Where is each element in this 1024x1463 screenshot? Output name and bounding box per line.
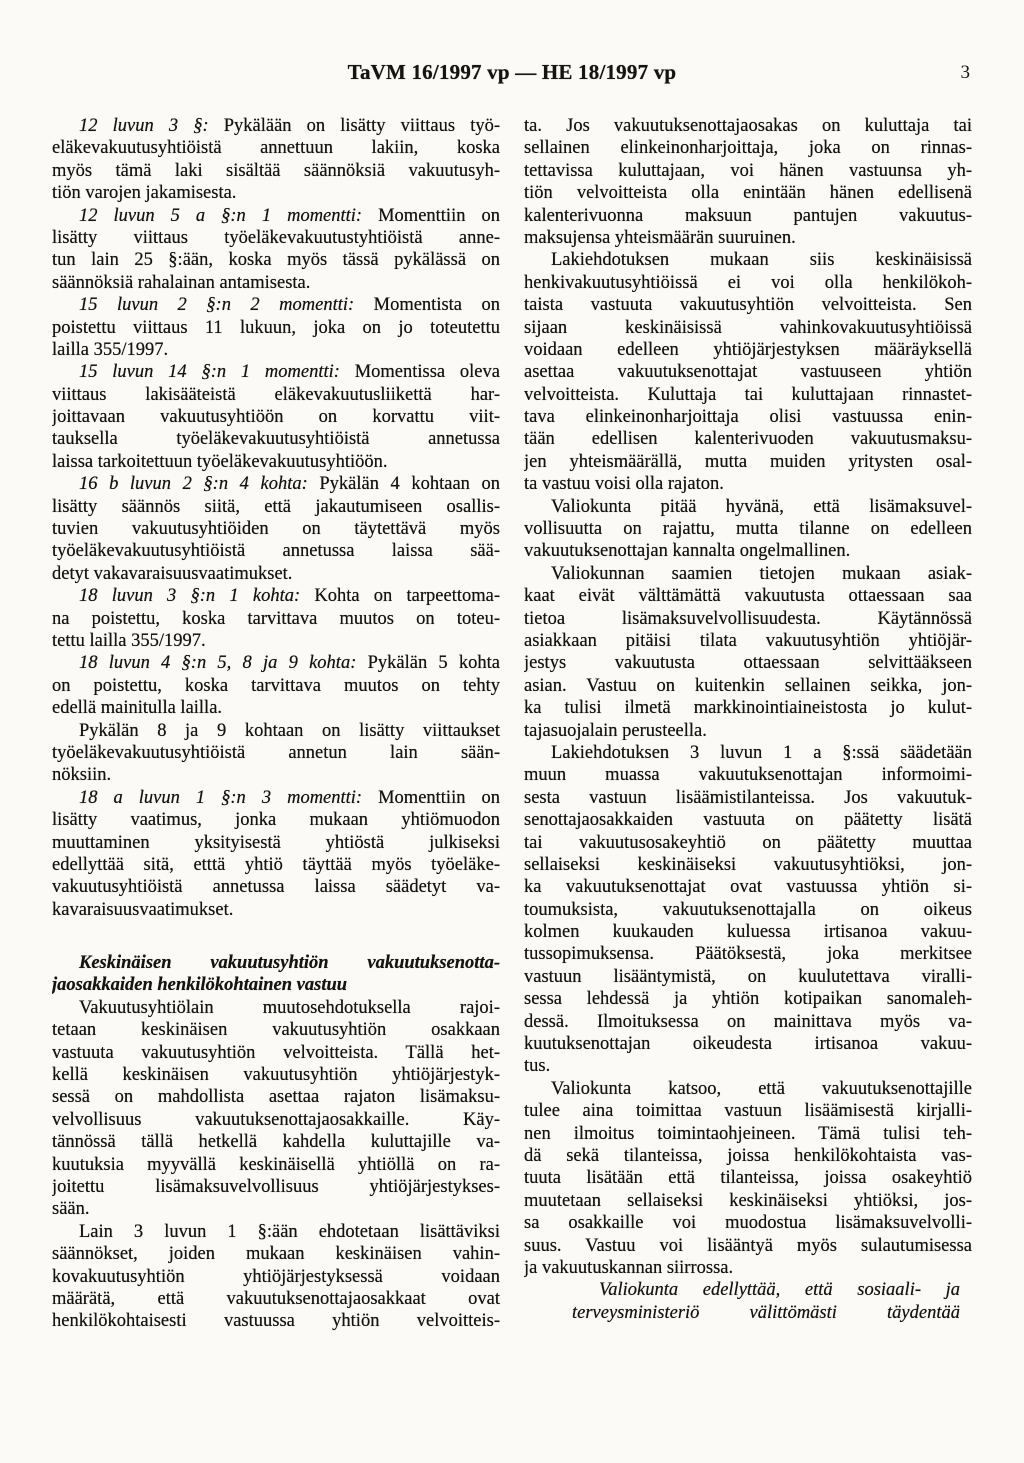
- text-line: henkivakuutusyhtiöissä ei voi olla henki…: [524, 272, 972, 294]
- text-segment: kalenterivuonna maksuun pantujen vakuutu…: [524, 206, 972, 226]
- text-segment: ja vakuutuskannan siirrossa.: [524, 1258, 733, 1278]
- text-line: asian. Vastuu on kuitenkin sellainen sei…: [524, 675, 972, 697]
- text-segment: asettaa vakuutuksenottajat vastuuseen yh…: [524, 362, 972, 382]
- text-line: dä sekä tilanteissa, joissa henkilökohta…: [524, 1145, 972, 1167]
- statute-reference: 12 luvun 5 a §:n 1 momentti:: [79, 206, 362, 226]
- text-line: tussopimuksensa. Päätöksestä, joka merki…: [524, 943, 972, 965]
- text-line: tetaan keskinäisen vakuutusyhtiön osakka…: [52, 1019, 500, 1041]
- text-segment: ka vakuutuksenottajat ovat vastuussa yht…: [524, 877, 972, 897]
- text-line: määrätä, että vakuutuksenottajaosakkaat …: [52, 1288, 500, 1310]
- text-segment: tiön velvoitteista olla enintään hänen e…: [524, 183, 972, 203]
- text-segment: vastuun lisääntymistä, on kuulutettava v…: [524, 967, 972, 987]
- statute-reference: 15 luvun 2 §:n 2 momentti:: [79, 295, 354, 315]
- text-segment: tussopimuksensa. Päätöksestä, joka merki…: [524, 944, 972, 964]
- text-segment: eläkevakuutusyhtiöistä annettuun lakiin,…: [52, 138, 500, 158]
- text-segment: Momentissa oleva: [340, 362, 500, 382]
- text-line: lisätty viittaus työeläkevakuutustyhtiöi…: [52, 227, 500, 249]
- text-line: kolmen kuukauden kuluessa irtisanoa vaku…: [524, 921, 972, 943]
- text-segment: tun lain 25 §:ään, koska myös tässä pykä…: [52, 250, 500, 270]
- text-line: kuutuksia myyvällä keskinäisellä yhtiöll…: [52, 1154, 500, 1176]
- right-column: ta. Jos vakuutuksenottajaosakas on kulut…: [524, 115, 972, 1333]
- text-line: taista vastuuta vakuutusyhtiön velvoitte…: [524, 294, 972, 316]
- text-line: tuuta lisätään että tilanteissa, joissa …: [524, 1167, 972, 1189]
- text-segment: Momenttiin on: [362, 788, 500, 808]
- statute-reference: 18 luvun 4 §:n 5, 8 ja 9 kohta:: [79, 653, 356, 673]
- text-segment: Kohta on tarpeettoma-: [300, 586, 500, 606]
- two-column-body: 12 luvun 3 §: Pykälään on lisätty viitta…: [52, 115, 972, 1333]
- text-segment: työeläkevakuutusyhtiöistä annetussa lais…: [52, 541, 500, 561]
- text-segment: jestys vakuutusta ottaessaan selvittääks…: [524, 653, 972, 673]
- text-line: 16 b luvun 2 §:n 4 kohta: Pykälän 4 koht…: [52, 473, 500, 495]
- text-line: myös tämä laki sisältää säännöksiä vakuu…: [52, 160, 500, 182]
- text-line: voidaan edelleen yhtiöjärjestyksen määrä…: [524, 339, 972, 361]
- text-line: lisätty vaatimus, jonka mukaan yhtiömuod…: [52, 809, 500, 831]
- text-segment: kovakuutusyhtiön yhtiöjärjestyksessä voi…: [52, 1267, 500, 1287]
- text-line: tava elinkeinonharjoittaja olisi vastuus…: [524, 406, 972, 428]
- text-segment: senottajaosakkaiden vastuuta on päätetty…: [524, 810, 972, 830]
- text-line: velvollisuus vakuutuksenottajaosakkaille…: [52, 1109, 500, 1131]
- text-line: nöksiin.: [52, 764, 500, 786]
- text-segment: jaosakkaiden henkilökohtainen vastuu: [52, 975, 347, 995]
- text-segment: myös tämä laki sisältää säännöksiä vakuu…: [52, 161, 500, 181]
- text-segment: Valiokunnan saamien tietojen mukaan asia…: [551, 564, 972, 584]
- text-line: Valiokunta edellyttää, että sosiaali- ja: [572, 1279, 960, 1301]
- text-segment: Valiokunta pitää hyvänä, että lisämaksuv…: [551, 497, 972, 517]
- text-segment: poistettu viittaus 11 lukuun, joka on jo…: [52, 318, 500, 338]
- text-line: kaat eivät välttämättä vakuutusta ottaes…: [524, 585, 972, 607]
- text-line: tettu lailla 355/1997.: [52, 630, 500, 652]
- statute-reference: 12 luvun 3 §:: [79, 116, 209, 136]
- text-segment: vastuuta vakuutusyhtiön velvoitteista. T…: [52, 1043, 500, 1063]
- text-segment: velvollisuus vakuutuksenottajaosakkaille…: [52, 1110, 500, 1130]
- statute-reference: 18 luvun 3 §:n 1 kohta:: [79, 586, 300, 606]
- text-line: eläkevakuutusyhtiöistä annettuun lakiin,…: [52, 137, 500, 159]
- text-segment: muutetaan sellaiseksi keskinäiseksi yhti…: [524, 1191, 972, 1211]
- text-line: joitettu lisämaksuvelvollisuus yhtiöjärj…: [52, 1176, 500, 1198]
- text-line: Lakiehdotuksen mukaan siis keskinäisissä: [524, 249, 972, 271]
- text-line: vastuuta vakuutusyhtiön velvoitteista. T…: [52, 1042, 500, 1064]
- text-line: edellä mainitulla lailla.: [52, 697, 500, 719]
- text-line: joittavaan vakuutusyhtiöön on korvattu v…: [52, 406, 500, 428]
- text-line: 18 luvun 3 §:n 1 kohta: Kohta on tarpeet…: [52, 585, 500, 607]
- text-line: Vakuutusyhtiölain muutosehdotuksella raj…: [52, 997, 500, 1019]
- text-line: tajasuojalain perusteella.: [524, 720, 972, 742]
- text-segment: toumuksista, vakuutuksenottajalla on oik…: [524, 900, 972, 920]
- paragraph: 15 luvun 2 §:n 2 momentti: Momentista on…: [52, 294, 500, 361]
- text-line: Keskinäisen vakuutusyhtiön vakuutuksenot…: [52, 952, 500, 974]
- page-content: TaVM 16/1997 vp — HE 18/1997 vp 3 12 luv…: [0, 0, 1024, 1333]
- text-line: senottajaosakkaiden vastuuta on päätetty…: [524, 809, 972, 831]
- text-segment: Lain 3 luvun 1 §:ään ehdotetaan lisättäv…: [79, 1222, 500, 1242]
- text-segment: vakuutuksenottajan kannalta ongelmalline…: [524, 541, 850, 561]
- text-line: maksujensa yhteismäärän suuruinen.: [524, 227, 972, 249]
- text-segment: sessä on mahdollista asettaa rajaton lis…: [52, 1087, 500, 1107]
- text-line: tietoa lisämaksuvelvollisuudesta. Käytän…: [524, 608, 972, 630]
- text-line: Valiokunta pitää hyvänä, että lisämaksuv…: [524, 496, 972, 518]
- text-line: tuvien vakuutusyhtiöiden on täytettävä m…: [52, 518, 500, 540]
- text-segment: kolmen kuukauden kuluessa irtisanoa vaku…: [524, 922, 972, 942]
- text-segment: tetaan keskinäisen vakuutusyhtiön osakka…: [52, 1020, 500, 1040]
- text-line: vollisuutta on rajattu, mutta tilanne on…: [524, 518, 972, 540]
- text-segment: Valiokunta edellyttää, että sosiaali- ja: [599, 1280, 960, 1300]
- paragraph: 18 a luvun 1 §:n 3 momentti: Momenttiin …: [52, 787, 500, 921]
- text-line: 18 a luvun 1 §:n 3 momentti: Momenttiin …: [52, 787, 500, 809]
- text-segment: säännökset, joiden mukaan keskinäisen va…: [52, 1244, 500, 1264]
- text-line: nen ilmoitus toimintaohjeineen. Tämä tul…: [524, 1123, 972, 1145]
- text-segment: työeläkevakuutusyhtiöistä annetun lain s…: [52, 743, 500, 763]
- page-number: 3: [961, 62, 971, 84]
- text-segment: tuvien vakuutusyhtiöiden on täytettävä m…: [52, 519, 500, 539]
- text-line: 15 luvun 14 §:n 1 momentti: Momentissa o…: [52, 361, 500, 383]
- text-segment: asiakkaan pitäisi tilata vakuutusyhtiön …: [524, 631, 972, 651]
- text-line: na poistettu, koska tarvittava muutos on…: [52, 608, 500, 630]
- paragraph: 15 luvun 14 §:n 1 momentti: Momentissa o…: [52, 361, 500, 473]
- text-segment: detyt vakavaraisuusvaatimukset.: [52, 564, 292, 584]
- text-line: sessä on mahdollista asettaa rajaton lis…: [52, 1086, 500, 1108]
- text-segment: Momentista on: [354, 295, 500, 315]
- text-segment: na poistettu, koska tarvittava muutos on…: [52, 609, 500, 629]
- text-line: työeläkevakuutusyhtiöistä annetun lain s…: [52, 742, 500, 764]
- text-segment: määrätä, että vakuutuksenottajaosakkaat …: [52, 1289, 500, 1309]
- text-segment: Vakuutusyhtiölain muutosehdotuksella raj…: [79, 998, 500, 1018]
- text-segment: jen yhteismäärällä, mutta muiden yrityst…: [524, 452, 972, 472]
- text-segment: on poistettu, koska tarvittava muutos on…: [52, 676, 500, 696]
- text-line: lailla 355/1997.: [52, 339, 500, 361]
- paragraph: 18 luvun 4 §:n 5, 8 ja 9 kohta: Pykälän …: [52, 652, 500, 719]
- text-line: velvoitteista. Kuluttaja tai kuluttajaan…: [524, 384, 972, 406]
- text-line: tään edellisen kalenterivuoden vakuutusm…: [524, 428, 972, 450]
- text-line: edellyttää sitä, etttä yhtiö täyttää myö…: [52, 854, 500, 876]
- paragraph: Lakiehdotuksen 3 luvun 1 a §:ssä säädetä…: [524, 742, 972, 1078]
- paragraph: ta. Jos vakuutuksenottajaosakas on kulut…: [524, 115, 972, 249]
- text-segment: tietoa lisämaksuvelvollisuudesta. Käytän…: [524, 609, 972, 629]
- text-segment: kuutuksenottajan oikeudesta irtisanoa va…: [524, 1034, 972, 1054]
- text-segment: kuutuksia myyvällä keskinäisellä yhtiöll…: [52, 1155, 500, 1175]
- text-segment: voidaan edelleen yhtiöjärjestyksen määrä…: [524, 340, 972, 360]
- text-line: sessa lehdessä ja yhtiön kotipaikan sano…: [524, 988, 972, 1010]
- text-line: 15 luvun 2 §:n 2 momentti: Momentista on: [52, 294, 500, 316]
- text-segment: Valiokunta katsoo, että vakuutuksenottaj…: [551, 1079, 972, 1099]
- paragraph: 12 luvun 3 §: Pykälään on lisätty viitta…: [52, 115, 500, 205]
- left-column: 12 luvun 3 §: Pykälään on lisätty viitta…: [52, 115, 500, 1333]
- text-line: Valiokunnan saamien tietojen mukaan asia…: [524, 563, 972, 585]
- text-line: tettavissa kuluttajaan, voi hänen vastuu…: [524, 160, 972, 182]
- text-segment: kavaraisuusvaatimukset.: [52, 900, 233, 920]
- text-segment: tettavissa kuluttajaan, voi hänen vastuu…: [524, 161, 972, 181]
- text-segment: edellyttää sitä, etttä yhtiö täyttää myö…: [52, 855, 500, 875]
- section-heading: Keskinäisen vakuutusyhtiön vakuutuksenot…: [52, 952, 500, 997]
- paragraph: 18 luvun 3 §:n 1 kohta: Kohta on tarpeet…: [52, 585, 500, 652]
- text-line: sesta vastuun lisäämistilanteissa. Jos v…: [524, 787, 972, 809]
- text-segment: tettu lailla 355/1997.: [52, 631, 206, 651]
- text-line: henkilökohtaisesti vastuussa yhtiön velv…: [52, 1310, 500, 1332]
- text-segment: tauksella työeläkevakuutusyhtiöistä anne…: [52, 429, 500, 449]
- text-line: tun lain 25 §:ään, koska myös tässä pykä…: [52, 249, 500, 271]
- text-segment: tai vakuutusosakeyhtiö on päätetty muutt…: [524, 833, 972, 853]
- text-line: muuttaminen yksityisestä yhtiöstä julkis…: [52, 832, 500, 854]
- text-line: kuutuksenottajan oikeudesta irtisanoa va…: [524, 1033, 972, 1055]
- text-segment: ka tulisi ilmetä markkinointiaineistosta…: [524, 698, 972, 718]
- page-header: TaVM 16/1997 vp — HE 18/1997 vp 3: [52, 60, 972, 88]
- text-line: ta vastuu voisi olla rajaton.: [524, 473, 972, 495]
- text-line: dessä. Ilmoituksessa on mainittava myös …: [524, 1011, 972, 1033]
- text-line: tai vakuutusosakeyhtiö on päätetty muutt…: [524, 832, 972, 854]
- text-line: tauksella työeläkevakuutusyhtiöistä anne…: [52, 428, 500, 450]
- text-segment: muun muassa vakuutuksenottajan informoim…: [524, 765, 972, 785]
- text-segment: nen ilmoitus toimintaohjeineen. Tämä tul…: [524, 1124, 972, 1144]
- text-line: 12 luvun 5 a §:n 1 momentti: Momenttiin …: [52, 205, 500, 227]
- committee-statement: Valiokunta edellyttää, että sosiaali- ja…: [524, 1279, 972, 1324]
- paragraph: 12 luvun 5 a §:n 1 momentti: Momenttiin …: [52, 205, 500, 295]
- paragraph: Lain 3 luvun 1 §:ään ehdotetaan lisättäv…: [52, 1221, 500, 1333]
- text-line: tiön varojen jakamisesta.: [52, 182, 500, 204]
- statute-reference: 16 b luvun 2 §:n 4 kohta:: [79, 474, 308, 494]
- paragraph: Pykälän 8 ja 9 kohtaan on lisätty viitta…: [52, 720, 500, 787]
- text-segment: henkilökohtaisesti vastuussa yhtiön velv…: [52, 1311, 500, 1331]
- text-line: muutetaan sellaiseksi keskinäiseksi yhti…: [524, 1190, 972, 1212]
- text-line: tiön velvoitteista olla enintään hänen e…: [524, 182, 972, 204]
- text-line: lisätty säännös siitä, että jakautumisee…: [52, 496, 500, 518]
- text-line: on poistettu, koska tarvittava muutos on…: [52, 675, 500, 697]
- text-line: Lakiehdotuksen 3 luvun 1 a §:ssä säädetä…: [524, 742, 972, 764]
- text-line: viittaus lakisääteistä eläkevakuutusliik…: [52, 384, 500, 406]
- text-segment: tava elinkeinonharjoittaja olisi vastuus…: [524, 407, 972, 427]
- text-segment: Pykälän 5 kohta: [356, 653, 500, 673]
- text-segment: taista vastuuta vakuutusyhtiön velvoitte…: [524, 295, 972, 315]
- text-line: toumuksista, vakuutuksenottajalla on oik…: [524, 899, 972, 921]
- text-segment: sa osakkaille voi muodostua lisämaksuvel…: [524, 1213, 972, 1233]
- text-segment: terveysministeriö välittömästi täydentää: [572, 1303, 960, 1323]
- text-segment: vakuutusyhtiöistä annetussa laissa sääde…: [52, 877, 500, 897]
- text-line: suus. Vastuu voi lisääntyä myös sulautum…: [524, 1235, 972, 1257]
- text-segment: ta. Jos vakuutuksenottajaosakas on kulut…: [524, 116, 972, 136]
- text-line: kellä keskinäisen vakuutusyhtiön yhtiöjä…: [52, 1064, 500, 1086]
- text-segment: tajasuojalain perusteella.: [524, 721, 707, 741]
- text-line: vakuutuksenottajan kannalta ongelmalline…: [524, 540, 972, 562]
- text-segment: Pykälän 8 ja 9 kohtaan on lisätty viitta…: [79, 721, 500, 741]
- text-segment: joittavaan vakuutusyhtiöön on korvattu v…: [52, 407, 500, 427]
- text-line: Valiokunta katsoo, että vakuutuksenottaj…: [524, 1078, 972, 1100]
- text-line: sijaan keskinäisissä vahinkovakuutusyhti…: [524, 317, 972, 339]
- text-segment: suus. Vastuu voi lisääntyä myös sulautum…: [524, 1236, 972, 1256]
- text-line: 12 luvun 3 §: Pykälään on lisätty viitta…: [52, 115, 500, 137]
- text-line: vakuutusyhtiöistä annetussa laissa sääde…: [52, 876, 500, 898]
- paragraph: Vakuutusyhtiölain muutosehdotuksella raj…: [52, 997, 500, 1221]
- text-line: asettaa vakuutuksenottajat vastuuseen yh…: [524, 361, 972, 383]
- text-segment: sään.: [52, 1199, 90, 1219]
- statute-reference: 15 luvun 14 §:n 1 momentti:: [79, 362, 340, 382]
- text-line: säännökset, joiden mukaan keskinäisen va…: [52, 1243, 500, 1265]
- paragraph: Valiokunta pitää hyvänä, että lisämaksuv…: [524, 496, 972, 563]
- text-segment: tulee aina toimittaa vastuun lisäämisest…: [524, 1101, 972, 1121]
- text-line: jaosakkaiden henkilökohtainen vastuu: [52, 974, 500, 996]
- text-segment: viittaus lakisääteistä eläkevakuutusliik…: [52, 385, 500, 405]
- text-line: työeläkevakuutusyhtiöistä annetussa lais…: [52, 540, 500, 562]
- text-line: muun muassa vakuutuksenottajan informoim…: [524, 764, 972, 786]
- text-segment: tään edellisen kalenterivuoden vakuutusm…: [524, 429, 972, 449]
- text-segment: laissa tarkoitettuun työeläkevakuutusyht…: [52, 452, 388, 472]
- text-segment: Pykälän 4 kohtaan on: [308, 474, 500, 494]
- text-line: ka vakuutuksenottajat ovat vastuussa yht…: [524, 876, 972, 898]
- text-segment: kellä keskinäisen vakuutusyhtiön yhtiöjä…: [52, 1065, 500, 1085]
- text-line: kavaraisuusvaatimukset.: [52, 899, 500, 921]
- text-line: ja vakuutuskannan siirrossa.: [524, 1257, 972, 1279]
- text-line: jen yhteismäärällä, mutta muiden yrityst…: [524, 451, 972, 473]
- paragraph: Valiokunnan saamien tietojen mukaan asia…: [524, 563, 972, 742]
- text-segment: nöksiin.: [52, 765, 111, 785]
- text-segment: lisätty viittaus työeläkevakuutustyhtiöi…: [52, 228, 500, 248]
- text-segment: sesta vastuun lisäämistilanteissa. Jos v…: [524, 788, 972, 808]
- text-line: Lain 3 luvun 1 §:ään ehdotetaan lisättäv…: [52, 1221, 500, 1243]
- text-line: ta. Jos vakuutuksenottajaosakas on kulut…: [524, 115, 972, 137]
- text-segment: sessa lehdessä ja yhtiön kotipaikan sano…: [524, 989, 972, 1009]
- text-line: poistettu viittaus 11 lukuun, joka on jo…: [52, 317, 500, 339]
- text-segment: ta vastuu voisi olla rajaton.: [524, 474, 724, 494]
- text-segment: sijaan keskinäisissä vahinkovakuutusyhti…: [524, 318, 972, 338]
- text-segment: kaat eivät välttämättä vakuutusta ottaes…: [524, 586, 972, 606]
- text-line: asiakkaan pitäisi tilata vakuutusyhtiön …: [524, 630, 972, 652]
- text-line: sään.: [52, 1198, 500, 1220]
- text-line: sellainen elinkeinonharjoittaja, joka on…: [524, 137, 972, 159]
- text-line: sa osakkaille voi muodostua lisämaksuvel…: [524, 1212, 972, 1234]
- text-segment: tännössä tällä hetkellä kahdella kulutta…: [52, 1132, 500, 1152]
- text-segment: dessä. Ilmoituksessa on mainittava myös …: [524, 1012, 972, 1032]
- text-segment: tiön varojen jakamisesta.: [52, 183, 236, 203]
- text-line: kovakuutusyhtiön yhtiöjärjestyksessä voi…: [52, 1266, 500, 1288]
- text-line: detyt vakavaraisuusvaatimukset.: [52, 563, 500, 585]
- text-segment: sellaiseksi keskinäiseksi vakuutusyhtiök…: [524, 855, 972, 875]
- text-line: terveysministeriö välittömästi täydentää: [572, 1302, 960, 1324]
- paragraph: Valiokunta katsoo, että vakuutuksenottaj…: [524, 1078, 972, 1280]
- text-segment: edellä mainitulla lailla.: [52, 698, 222, 718]
- paragraph: Lakiehdotuksen mukaan siis keskinäisissä…: [524, 249, 972, 495]
- text-segment: tus.: [524, 1056, 550, 1076]
- text-line: tännössä tällä hetkellä kahdella kulutta…: [52, 1131, 500, 1153]
- text-line: tulee aina toimittaa vastuun lisäämisest…: [524, 1100, 972, 1122]
- text-segment: henkivakuutusyhtiöissä ei voi olla henki…: [524, 273, 972, 293]
- text-segment: Keskinäisen vakuutusyhtiön vakuutuksenot…: [79, 953, 500, 973]
- text-segment: Lakiehdotuksen 3 luvun 1 a §:ssä säädetä…: [551, 743, 972, 763]
- text-line: kalenterivuonna maksuun pantujen vakuutu…: [524, 205, 972, 227]
- statute-reference: 18 a luvun 1 §:n 3 momentti:: [79, 788, 362, 808]
- text-segment: Lakiehdotuksen mukaan siis keskinäisissä: [551, 250, 972, 270]
- text-line: 18 luvun 4 §:n 5, 8 ja 9 kohta: Pykälän …: [52, 652, 500, 674]
- text-line: ka tulisi ilmetä markkinointiaineistosta…: [524, 697, 972, 719]
- text-line: jestys vakuutusta ottaessaan selvittääks…: [524, 652, 972, 674]
- text-line: Pykälän 8 ja 9 kohtaan on lisätty viitta…: [52, 720, 500, 742]
- text-segment: lailla 355/1997.: [52, 340, 168, 360]
- text-segment: sellainen elinkeinonharjoittaja, joka on…: [524, 138, 972, 158]
- text-segment: lisätty säännös siitä, että jakautumisee…: [52, 497, 500, 517]
- text-segment: maksujensa yhteismäärän suuruinen.: [524, 228, 796, 248]
- text-segment: muuttaminen yksityisestä yhtiöstä julkis…: [52, 833, 500, 853]
- text-line: sellaiseksi keskinäiseksi vakuutusyhtiök…: [524, 854, 972, 876]
- text-segment: asian. Vastuu on kuitenkin sellainen sei…: [524, 676, 972, 696]
- text-line: vastuun lisääntymistä, on kuulutettava v…: [524, 966, 972, 988]
- document-title: TaVM 16/1997 vp — HE 18/1997 vp: [52, 60, 972, 85]
- text-segment: säännöksiä rahalainan antamisesta.: [52, 273, 310, 293]
- text-segment: velvoitteista. Kuluttaja tai kuluttajaan…: [524, 385, 972, 405]
- text-line: tus.: [524, 1055, 972, 1077]
- text-line: säännöksiä rahalainan antamisesta.: [52, 272, 500, 294]
- text-segment: tuuta lisätään että tilanteissa, joissa …: [524, 1168, 972, 1188]
- text-segment: vollisuutta on rajattu, mutta tilanne on…: [524, 519, 972, 539]
- text-line: laissa tarkoitettuun työeläkevakuutusyht…: [52, 451, 500, 473]
- text-segment: lisätty vaatimus, jonka mukaan yhtiömuod…: [52, 810, 500, 830]
- text-segment: joitettu lisämaksuvelvollisuus yhtiöjärj…: [52, 1177, 500, 1197]
- text-segment: Pykälään on lisätty viittaus työ-: [209, 116, 500, 136]
- paragraph: 16 b luvun 2 §:n 4 kohta: Pykälän 4 koht…: [52, 473, 500, 585]
- text-segment: dä sekä tilanteissa, joissa henkilökohta…: [524, 1146, 972, 1166]
- text-segment: Momenttiin on: [362, 206, 500, 226]
- document-page: TaVM 16/1997 vp — HE 18/1997 vp 3 12 luv…: [0, 0, 1024, 1463]
